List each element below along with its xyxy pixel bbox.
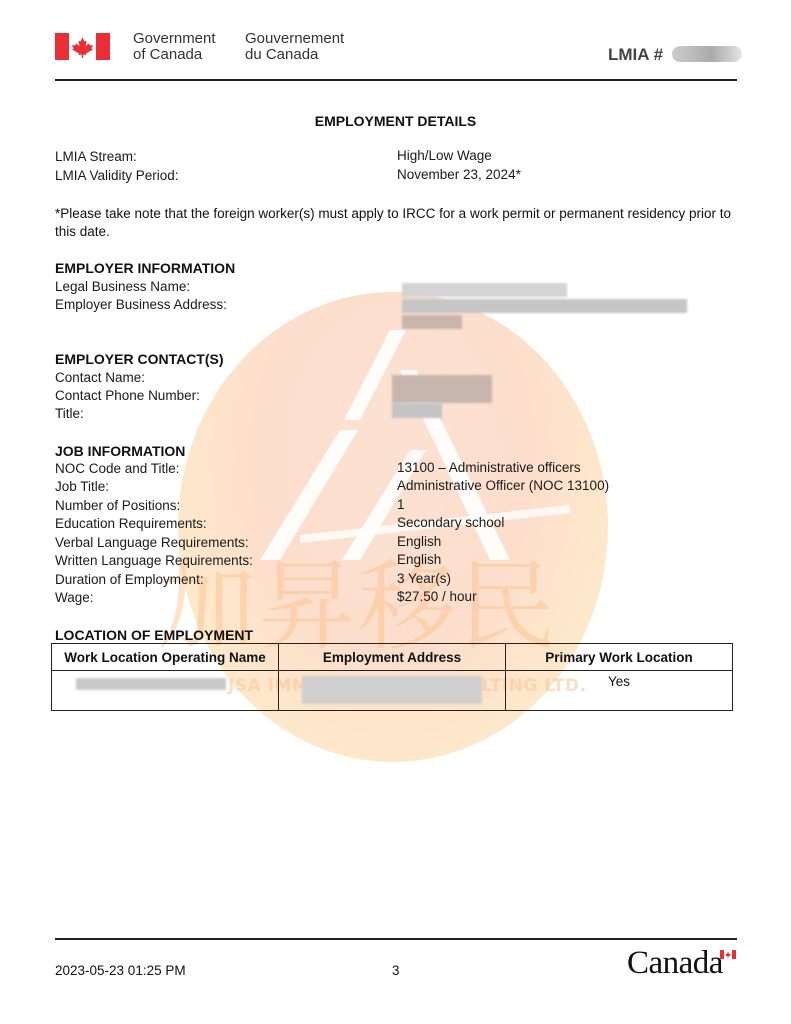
gov-en-line2: of Canada: [133, 47, 216, 63]
operating-name-redacted: [76, 678, 226, 690]
employer-contacts-heading: EMPLOYER CONTACT(S): [55, 351, 224, 367]
gov-fr-line1: Gouvernement: [245, 31, 344, 47]
location-table: Work Location Operating Name Employment …: [51, 643, 733, 711]
duration-label: Duration of Employment:: [55, 571, 204, 589]
education-value: Secondary school: [397, 514, 504, 532]
col-primary-work-location: Primary Work Location: [506, 644, 733, 671]
wage-value: $27.50 / hour: [397, 588, 477, 606]
gov-en-line1: Government: [133, 31, 216, 47]
location-table-header: Work Location Operating Name Employment …: [52, 644, 733, 671]
wage-label: Wage:: [55, 589, 94, 607]
location-heading: LOCATION OF EMPLOYMENT: [55, 627, 253, 643]
col-operating-name: Work Location Operating Name: [52, 644, 279, 671]
footer-page-number: 3: [392, 963, 400, 978]
positions-label: Number of Positions:: [55, 497, 180, 515]
table-row: Yes: [52, 671, 733, 711]
employer-address-redacted: [402, 299, 687, 313]
employment-address-redacted: [302, 676, 482, 704]
employer-address-redacted-line2: [402, 315, 462, 329]
canada-wordmark-flag-icon: [720, 950, 736, 959]
contact-title-label: Title:: [55, 405, 84, 423]
noc-code-value: 13100 – Administrative officers: [397, 459, 581, 477]
lmia-validity-value: November 23, 2024*: [397, 166, 521, 184]
legal-business-name-label: Legal Business Name:: [55, 278, 190, 296]
duration-value: 3 Year(s): [397, 570, 451, 588]
government-of-canada-fr: Gouvernement du Canada: [245, 31, 344, 63]
contact-title-redacted: [392, 403, 442, 418]
lmia-validity-label: LMIA Validity Period:: [55, 167, 179, 185]
contact-name-label: Contact Name:: [55, 369, 145, 387]
positions-value: 1: [397, 496, 405, 514]
job-title-label: Job Title:: [55, 478, 109, 496]
employer-information-heading: EMPLOYER INFORMATION: [55, 260, 235, 276]
employer-address-label: Employer Business Address:: [55, 296, 227, 314]
primary-work-location-cell: Yes: [506, 671, 733, 711]
job-title-value: Administrative Officer (NOC 13100): [397, 477, 609, 495]
lmia-number-redacted: [672, 46, 742, 62]
education-label: Education Requirements:: [55, 515, 207, 533]
written-language-value: English: [397, 551, 441, 569]
government-of-canada-en: Government of Canada: [133, 31, 216, 63]
lmia-stream-value: High/Low Wage: [397, 147, 492, 165]
operating-name-cell: [52, 671, 279, 711]
employment-address-cell: [279, 671, 506, 711]
footer-divider: [55, 938, 737, 940]
header-divider: [55, 79, 737, 81]
footer-timestamp: 2023-05-23 01:25 PM: [55, 963, 186, 978]
canada-wordmark: Canada: [627, 947, 723, 980]
lmia-number-label: LMIA #: [608, 45, 663, 65]
job-information-heading: JOB INFORMATION: [55, 443, 185, 459]
gov-fr-line2: du Canada: [245, 47, 344, 63]
noc-code-label: NOC Code and Title:: [55, 460, 180, 478]
verbal-language-label: Verbal Language Requirements:: [55, 534, 249, 552]
legal-business-name-redacted: [402, 283, 567, 297]
page-title: EMPLOYMENT DETAILS: [0, 113, 791, 129]
verbal-language-value: English: [397, 533, 441, 551]
contact-phone-label: Contact Phone Number:: [55, 387, 200, 405]
contact-info-redacted: [392, 375, 492, 403]
canada-flag-icon: [55, 33, 110, 60]
col-employment-address: Employment Address: [279, 644, 506, 671]
lmia-stream-label: LMIA Stream:: [55, 148, 137, 166]
written-language-label: Written Language Requirements:: [55, 552, 253, 570]
validity-note: *Please take note that the foreign worke…: [55, 205, 745, 241]
